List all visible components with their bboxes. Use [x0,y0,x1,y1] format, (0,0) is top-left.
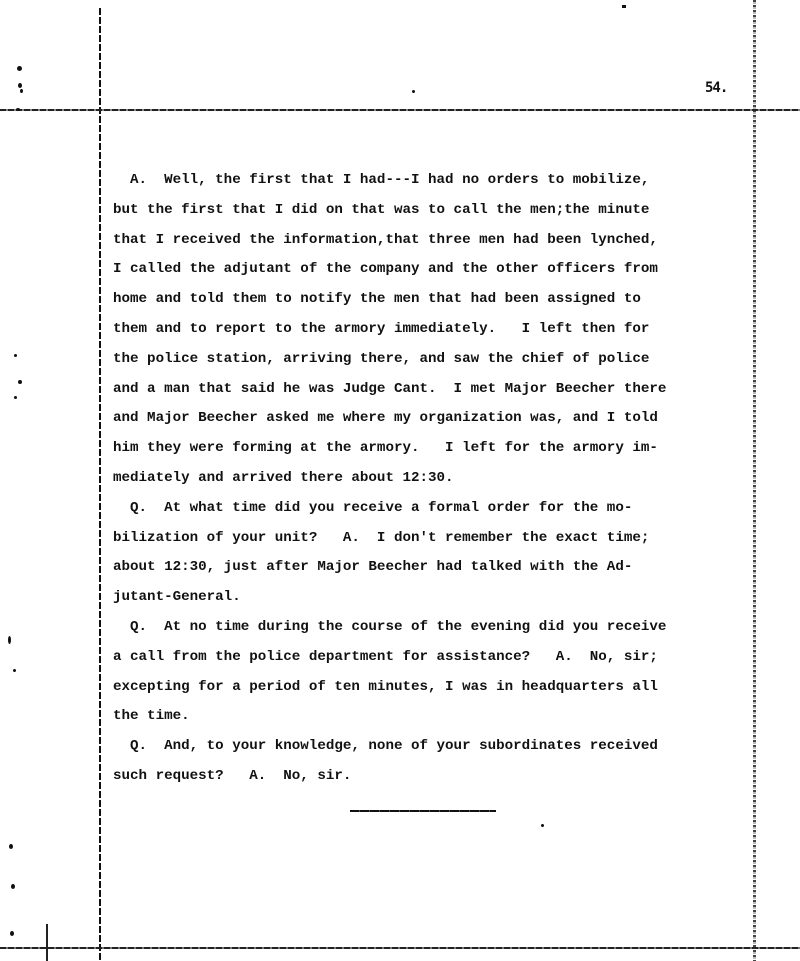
scan-speck [17,66,22,71]
text-line: them and to report to the armory immedia… [113,315,753,345]
scan-speck [18,83,22,88]
scan-speck [412,90,415,93]
scan-speck [11,884,15,889]
text-line: excepting for a period of ten minutes, I… [113,673,753,703]
text-line: A. Well, the first that I had---I had no… [113,166,753,196]
scan-speck [541,824,544,827]
binding-mark [46,924,48,961]
scan-speck [622,5,626,8]
text-line: the police station, arriving there, and … [113,345,753,375]
document-page: 54. A. Well, the first that I had---I ha… [0,0,800,961]
text-line: I called the adjutant of the company and… [113,255,753,285]
scan-speck [16,108,20,111]
scan-speck [14,354,17,357]
text-line: such request? A. No, sir. [113,762,753,792]
testimony-body: A. Well, the first that I had---I had no… [113,166,753,792]
section-end-rule [350,810,496,812]
scan-speck [8,636,11,644]
text-line: Q. And, to your knowledge, none of your … [113,732,753,762]
scan-speck [14,396,17,399]
text-line: Q. At what time did you receive a formal… [113,494,753,524]
left-margin-rule [99,8,101,961]
text-line: and a man that said he was Judge Cant. I… [113,375,753,405]
bottom-margin-rule [0,947,800,949]
top-margin-rule [0,109,800,111]
page-number: 54. [705,80,727,96]
text-line: mediately and arrived there about 12:30. [113,464,753,494]
scan-speck [9,844,13,849]
text-line: that I received the information,that thr… [113,226,753,256]
text-line: bilization of your unit? A. I don't reme… [113,524,753,554]
text-line: him they were forming at the armory. I l… [113,434,753,464]
right-margin-rule [753,0,756,961]
text-line: but the first that I did on that was to … [113,196,753,226]
scan-speck [18,380,22,384]
text-line: about 12:30, just after Major Beecher ha… [113,553,753,583]
scan-speck [13,669,16,672]
text-line: jutant-General. [113,583,753,613]
scan-speck [20,89,23,93]
text-line: a call from the police department for as… [113,643,753,673]
text-line: home and told them to notify the men tha… [113,285,753,315]
text-line: and Major Beecher asked me where my orga… [113,404,753,434]
text-line: Q. At no time during the course of the e… [113,613,753,643]
text-line: the time. [113,702,753,732]
scan-speck [10,931,14,936]
